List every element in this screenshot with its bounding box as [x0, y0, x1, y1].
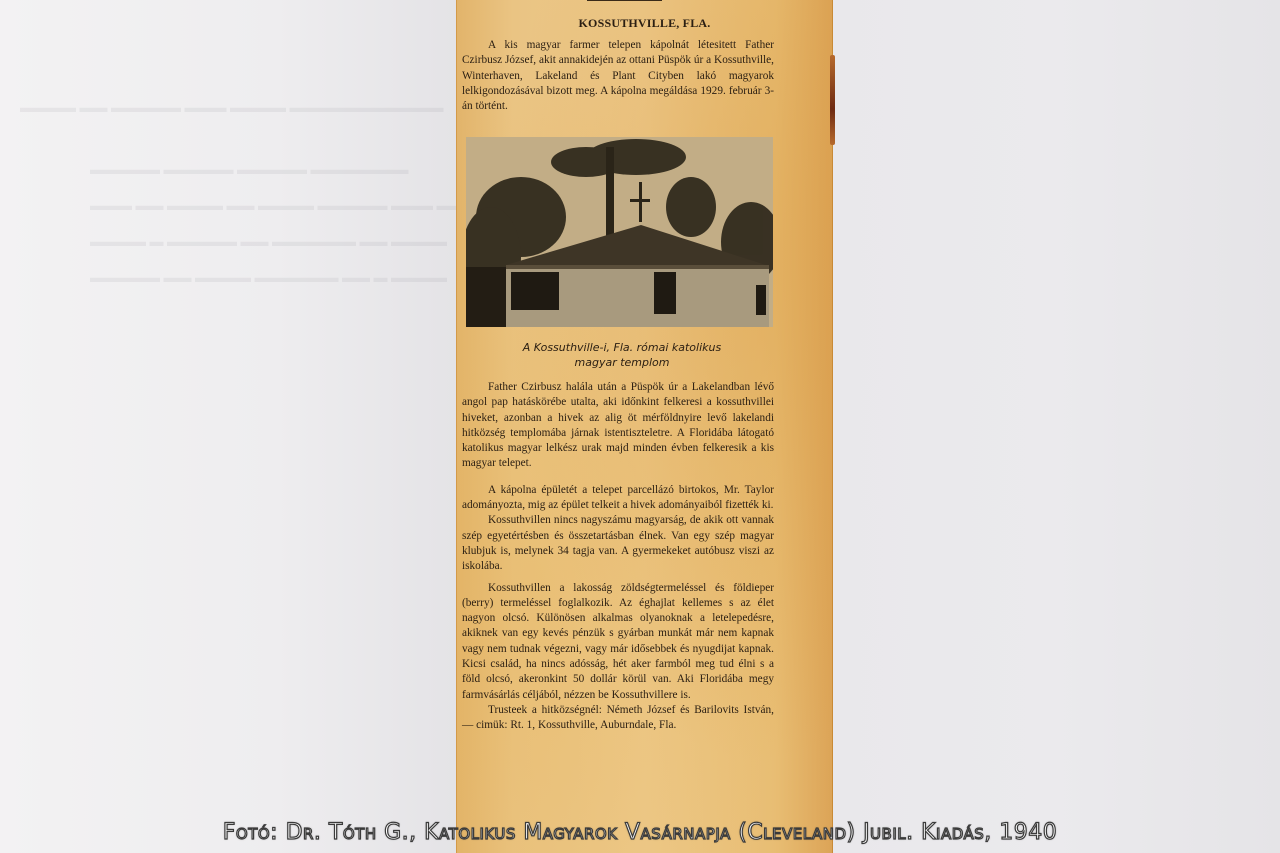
paragraph-2: A kápolna épületét a telepet parcellázó …: [462, 483, 774, 514]
photo-caption: A Kossuthville-i, Fla. római katolikus m…: [457, 340, 787, 370]
top-rule: [587, 0, 662, 1]
bleed-through-text: ▬▬▬▬ ▬▬ ▬▬▬▬▬ ▬▬▬ ▬▬▬▬ ▬▬▬▬▬▬▬▬▬▬▬ ▬▬▬▬▬…: [0, 0, 460, 853]
church-photo: [466, 137, 773, 327]
background-page-left: ▬▬▬▬ ▬▬ ▬▬▬▬▬ ▬▬▬ ▬▬▬▬ ▬▬▬▬▬▬▬▬▬▬▬ ▬▬▬▬▬…: [0, 0, 460, 853]
headline: KOSSUTHVILLE, FLA.: [457, 16, 832, 31]
church-image-icon: [466, 137, 773, 327]
torn-edge: [830, 55, 835, 145]
photo-credit-caption: Fotó: Dr. Tóth G., Katolikus Magyarok Va…: [0, 820, 1280, 845]
newspaper-clipping: KOSSUTHVILLE, FLA. A kis magyar farmer t…: [457, 0, 832, 853]
intro-paragraph: A kis magyar farmer telepen kápolnát lét…: [462, 38, 774, 114]
background-page-right: [830, 0, 1280, 853]
paragraph-1: Father Czirbusz halála után a Püspök úr …: [462, 380, 774, 472]
paragraph-4: Kossuthvillen a lakosság zöldségtermelés…: [462, 581, 774, 703]
paragraph-3: Kossuthvillen nincs nagyszámu magyarság,…: [462, 513, 774, 574]
article-body: Father Czirbusz halála után a Püspök úr …: [462, 380, 774, 734]
paragraph-5: Trusteek a hitközségnél: Németh József é…: [462, 703, 774, 734]
